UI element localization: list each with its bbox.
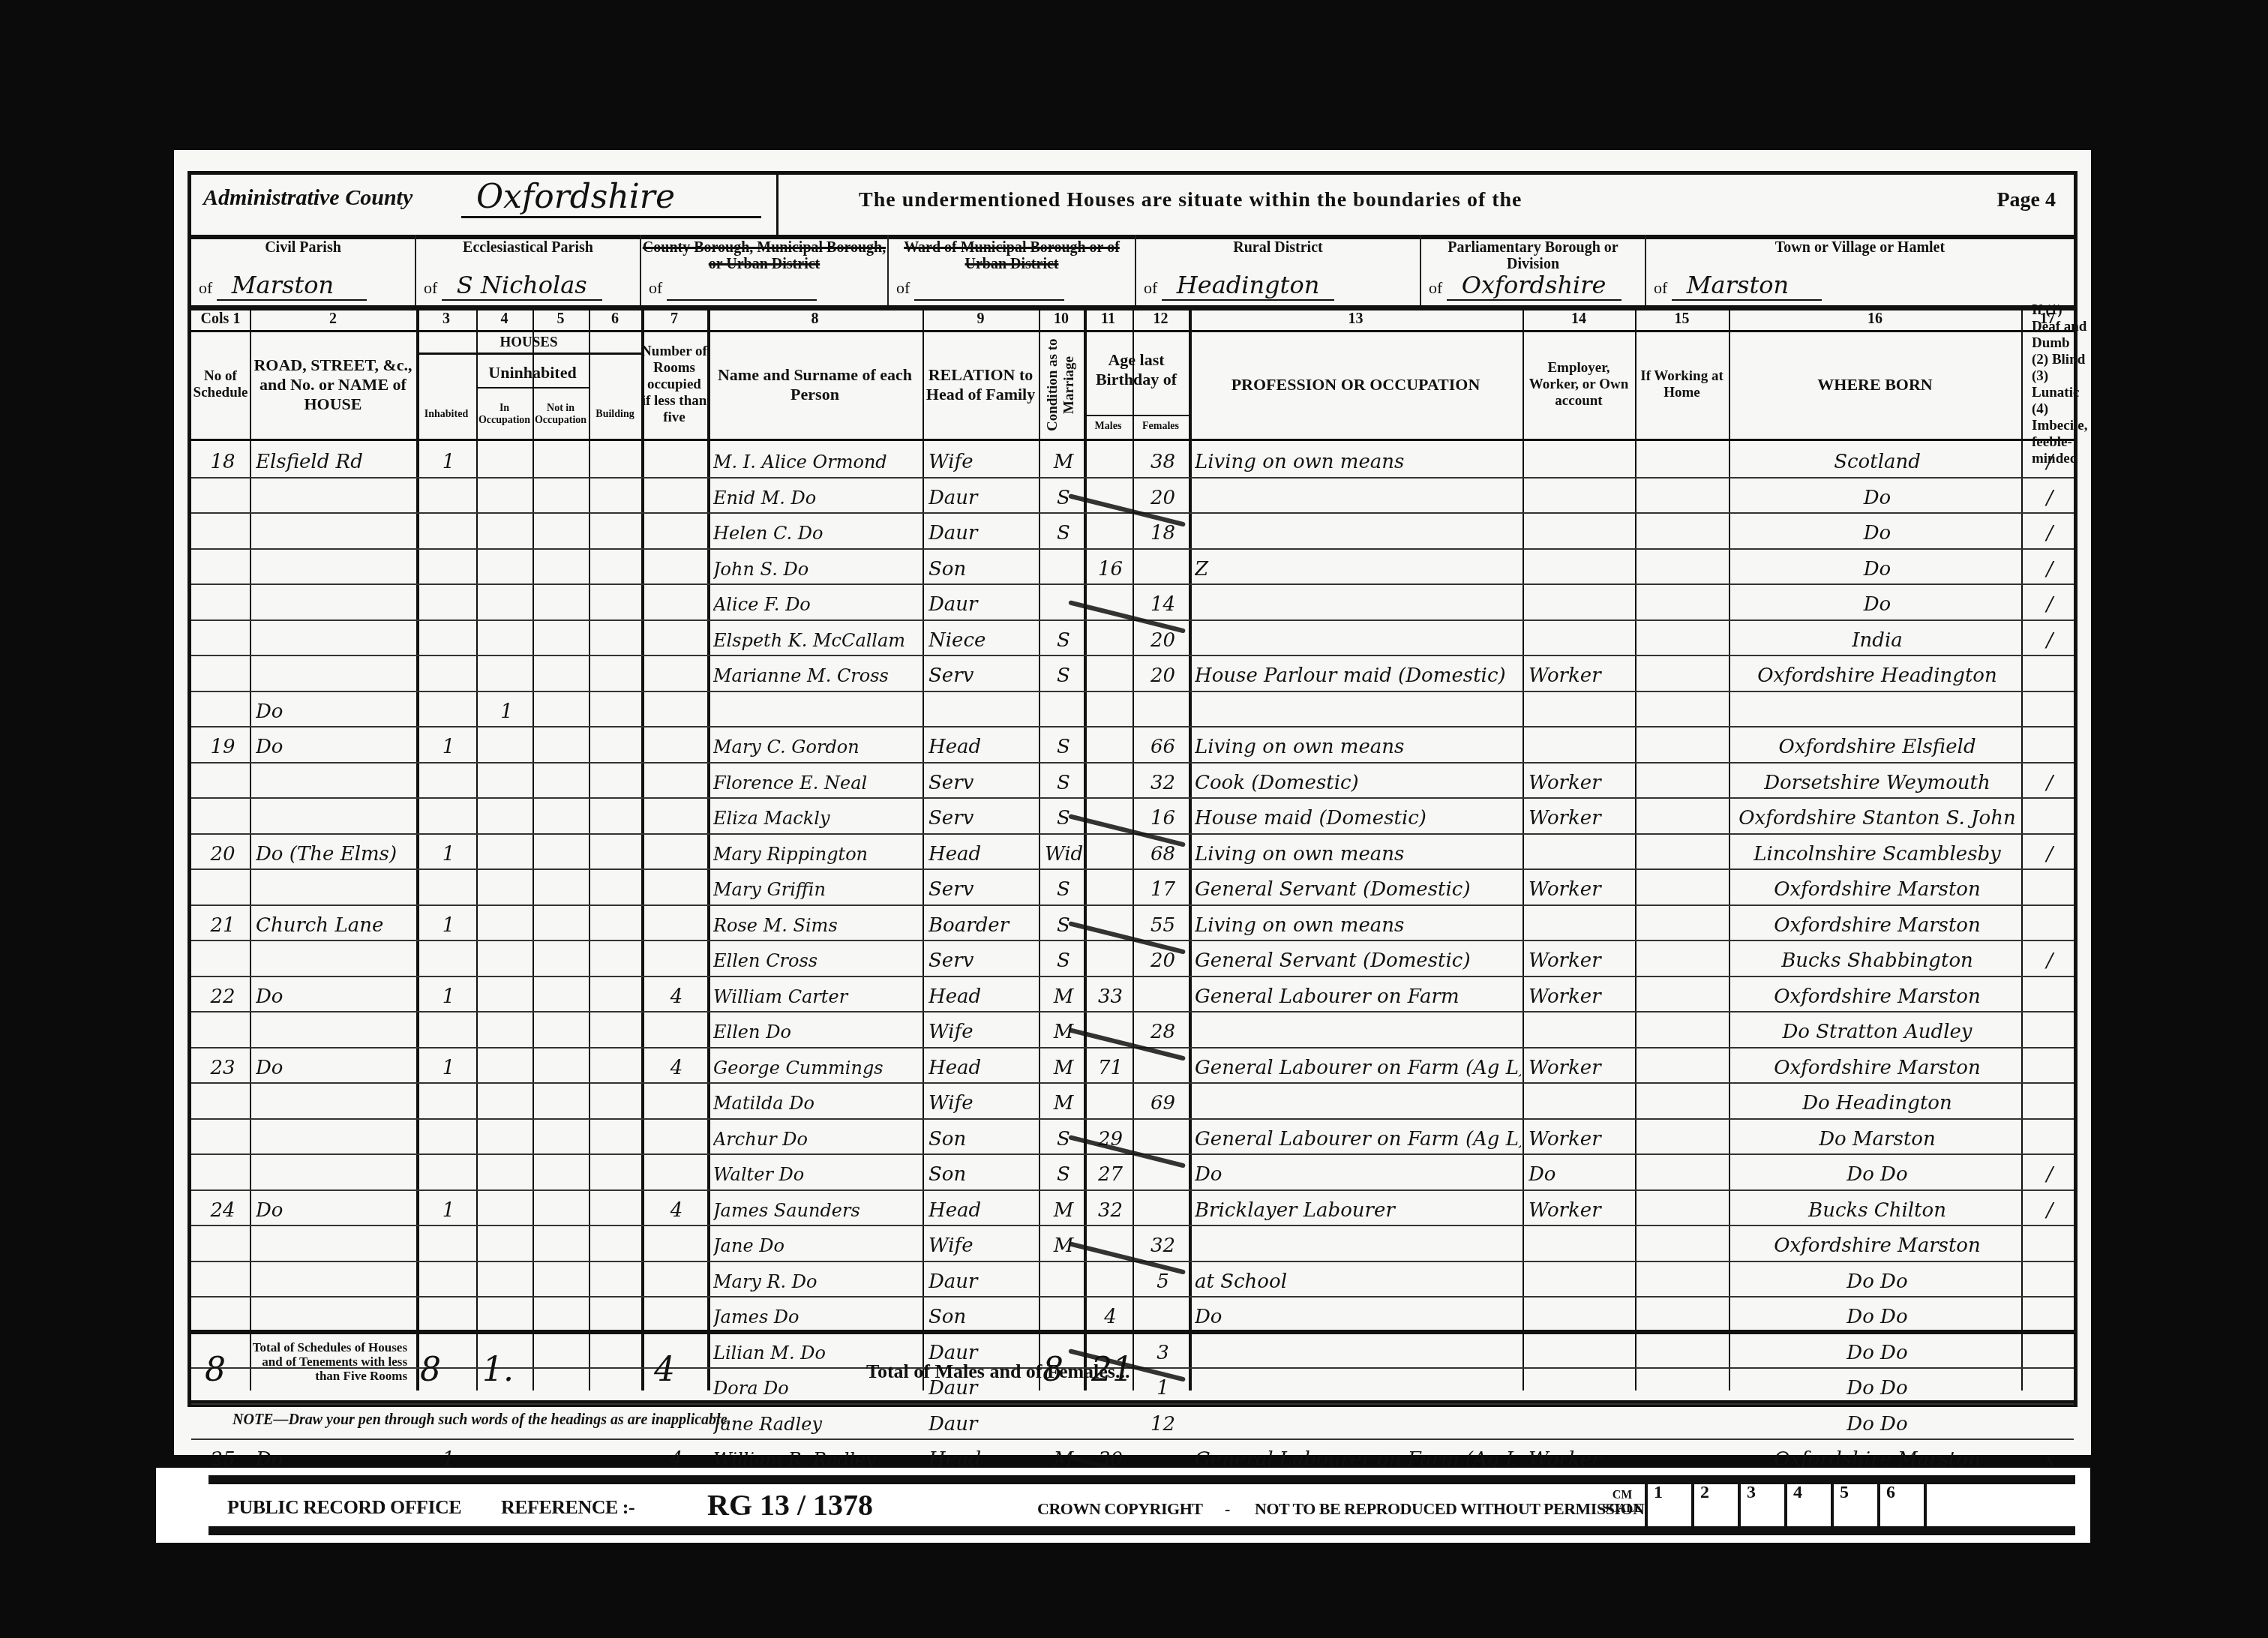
name-cell: Mary R. Do: [713, 1261, 921, 1297]
column-number: 3: [416, 310, 476, 328]
infirmity-cell: /: [2027, 762, 2072, 798]
employer-cell: Worker: [1528, 655, 1633, 691]
schedule-cell: [197, 548, 248, 584]
address-cell: [256, 1296, 415, 1332]
occupation-cell: General Servant (Domestic): [1195, 940, 1521, 976]
schedule-cell: [197, 1153, 248, 1189]
uninhabited-cell: [482, 726, 531, 762]
address-cell: [256, 1153, 415, 1189]
boundaries-statement: The undermentioned Houses are situate wi…: [859, 188, 1522, 212]
rooms-cell: [647, 940, 706, 976]
archive-footer: PUBLIC RECORD OFFICE REFERENCE :- RG 13 …: [156, 1468, 2090, 1543]
total-schedules-label: Total of Schedules of Houses and of Tene…: [250, 1340, 407, 1383]
relation-cell: Serv: [928, 868, 1037, 904]
column-header: ROAD, STREET, &c., and No. or NAME of HO…: [250, 332, 416, 437]
name-cell: Elspeth K. McCallam: [713, 619, 921, 655]
address-cell: Do: [256, 691, 415, 727]
inhabited-cell: [422, 868, 475, 904]
female-age-cell: [1138, 1153, 1187, 1189]
relation-cell: Wife: [928, 1011, 1037, 1047]
column-number: 10: [1039, 310, 1084, 328]
male-age-cell: [1090, 833, 1131, 869]
schedule-cell: 20: [197, 833, 248, 869]
address-cell: [256, 1082, 415, 1118]
where-born-cell: [1735, 691, 2020, 727]
occupation-cell: Living on own means: [1195, 441, 1521, 477]
inhabited-cell: [422, 691, 475, 727]
where-born-cell: Do: [1735, 512, 2020, 548]
schedule-cell: [197, 797, 248, 833]
form-header: Administrative County Oxfordshire The un…: [191, 175, 2074, 239]
inhabited-cell: [422, 583, 475, 619]
employer-cell: [1528, 833, 1633, 869]
schedule-cell: [197, 691, 248, 727]
schedule-cell: 18: [197, 441, 248, 477]
infirmity-cell: [2027, 976, 2072, 1012]
table-row: Elspeth K. McCallamNieceS20India/: [191, 619, 2074, 655]
table-row: James DoSon4DoDo Do: [191, 1296, 2074, 1332]
relation-cell: Head: [928, 726, 1037, 762]
column-number: 16: [1729, 310, 2021, 328]
female-age-cell: 20: [1138, 655, 1187, 691]
archive-office: PUBLIC RECORD OFFICE: [227, 1496, 461, 1519]
uninhabited-cell: [482, 548, 531, 584]
male-age-cell: 4: [1090, 1296, 1131, 1332]
female-age-cell: [1138, 548, 1187, 584]
reference-label: REFERENCE :-: [501, 1496, 634, 1519]
where-born-cell: Do: [1735, 548, 2020, 584]
division-2: Ecclesiastical Parishof S Nicholas: [416, 235, 641, 305]
employer-cell: [1528, 1261, 1633, 1297]
condition-cell: S: [1045, 940, 1082, 976]
name-cell: Jane Do: [713, 1225, 921, 1261]
table-row: Florence E. NealServS32Cook (Domestic)Wo…: [191, 762, 2074, 798]
inhabited-cell: 1: [422, 441, 475, 477]
column-number: 9: [922, 310, 1039, 328]
age-header: Age last Birthday of: [1084, 332, 1189, 407]
column-number: 5: [532, 310, 589, 328]
uninhabited-cell: [482, 868, 531, 904]
condition-cell: [1045, 1296, 1082, 1332]
page-number: Page 4: [1996, 188, 2056, 212]
female-age-cell: 69: [1138, 1082, 1187, 1118]
relation-cell: Serv: [928, 655, 1037, 691]
occupation-cell: Cook (Domestic): [1195, 762, 1521, 798]
division-row: Civil Parishof MarstonEcclesiastical Par…: [191, 235, 2074, 310]
where-born-cell: Oxfordshire Marston: [1735, 868, 2020, 904]
column-header: Condition as to Marriage: [1039, 332, 1084, 437]
division-label: Ecclesiastical Parish: [416, 239, 640, 256]
occupation-cell: House maid (Domestic): [1195, 797, 1521, 833]
copyright-dash: -: [1225, 1499, 1230, 1519]
rooms-cell: [647, 691, 706, 727]
employer-cell: Worker: [1528, 762, 1633, 798]
rooms-cell: [647, 868, 706, 904]
relation-cell: Daur: [928, 477, 1037, 513]
inhabited-cell: [422, 1225, 475, 1261]
rooms-cell: [647, 1296, 706, 1332]
rooms-cell: [647, 548, 706, 584]
name-cell: Marianne M. Cross: [713, 655, 921, 691]
address-cell: Elsfield Rd: [256, 441, 415, 477]
table-row: John S. DoSon16ZDo/: [191, 548, 2074, 584]
column-number: 15: [1635, 310, 1729, 328]
inhabited-cell: [422, 1082, 475, 1118]
uninhabited-cell: [482, 797, 531, 833]
table-row: Mary R. DoDaur5at SchoolDo Do: [191, 1261, 2074, 1297]
schedule-cell: [197, 619, 248, 655]
total-males: 8: [1042, 1351, 1063, 1389]
division-value: of: [896, 271, 1064, 301]
male-age-cell: [1090, 726, 1131, 762]
employer-cell: [1528, 548, 1633, 584]
division-value: of Headington: [1144, 271, 1334, 301]
relation-cell: Serv: [928, 940, 1037, 976]
address-cell: Do: [256, 1047, 415, 1083]
infirmity-cell: [2027, 1082, 2072, 1118]
uninhabited-cell: [482, 441, 531, 477]
male-age-cell: [1090, 940, 1131, 976]
female-age-cell: [1138, 1189, 1187, 1225]
employer-cell: [1528, 726, 1633, 762]
address-cell: [256, 1225, 415, 1261]
schedule-cell: 24: [197, 1189, 248, 1225]
female-age-cell: 14: [1138, 583, 1187, 619]
uninhabited-cell: [482, 619, 531, 655]
address-cell: [256, 1261, 415, 1297]
relation-cell: Head: [928, 976, 1037, 1012]
employer-cell: [1528, 477, 1633, 513]
name-cell: Archur Do: [713, 1118, 921, 1154]
inhabited-cell: [422, 619, 475, 655]
inhabited-cell: 1: [422, 904, 475, 940]
employer-cell: Worker: [1528, 1189, 1633, 1225]
male-age-cell: [1090, 655, 1131, 691]
male-age-cell: [1090, 868, 1131, 904]
condition-cell: S: [1045, 512, 1082, 548]
table-row: Marianne M. CrossServS20House Parlour ma…: [191, 655, 2074, 691]
column-header: No of Schedule: [191, 332, 250, 437]
male-age-cell: [1090, 691, 1131, 727]
rooms-cell: [647, 477, 706, 513]
infirmity-cell: [2027, 1047, 2072, 1083]
column-header: PROFESSION OR OCCUPATION: [1189, 332, 1522, 437]
where-born-cell: Do: [1735, 583, 2020, 619]
relation-cell: Niece: [928, 619, 1037, 655]
where-born-cell: Bucks Chilton: [1735, 1189, 2020, 1225]
where-born-cell: Do: [1735, 477, 2020, 513]
uninhabited-cell: [482, 655, 531, 691]
schedule-cell: 22: [197, 976, 248, 1012]
uninhabited-cell: [482, 762, 531, 798]
where-born-cell: Oxfordshire Marston: [1735, 1225, 2020, 1261]
infirmity-cell: /: [2027, 441, 2072, 477]
division-handwritten-value: [914, 271, 1064, 301]
address-cell: Do: [256, 976, 415, 1012]
inhabited-cell: [422, 1261, 475, 1297]
column-number: 7: [641, 310, 707, 328]
cm-scale-label: CM SCALE: [1600, 1483, 1645, 1529]
column-header: Not in Occupation: [532, 392, 589, 437]
name-cell: Rose M. Sims: [713, 904, 921, 940]
division-value: of Marston: [199, 271, 367, 301]
division-label: Civil Parish: [191, 239, 415, 256]
inhabited-cell: [422, 940, 475, 976]
rooms-cell: [647, 797, 706, 833]
column-number: 12: [1132, 310, 1189, 328]
relation-cell: Serv: [928, 797, 1037, 833]
schedule-cell: [197, 655, 248, 691]
table-row: Ellen DoWifeM28Do Stratton Audley: [191, 1011, 2074, 1047]
name-cell: George Cummings: [713, 1047, 921, 1083]
uninhabited-cell: [482, 477, 531, 513]
division-label: Ward of Municipal Borough or of Urban Di…: [889, 239, 1135, 272]
uninhabited-cell: 1: [482, 691, 531, 727]
occupation-cell: [1195, 583, 1521, 619]
employer-cell: [1528, 1296, 1633, 1332]
condition-cell: M: [1045, 1047, 1082, 1083]
copyright-label: CROWN COPYRIGHT: [1037, 1499, 1202, 1519]
occupation-cell: Living on own means: [1195, 904, 1521, 940]
address-cell: [256, 512, 415, 548]
where-born-cell: Do Do: [1735, 1296, 2020, 1332]
employer-cell: [1528, 904, 1633, 940]
address-cell: [256, 1118, 415, 1154]
name-cell: Eliza Mackly: [713, 797, 921, 833]
schedule-cell: 19: [197, 726, 248, 762]
division-value: of S Nicholas: [424, 271, 602, 301]
infirmity-cell: [2027, 1011, 2072, 1047]
column-number: Cols 1: [191, 310, 250, 328]
relation-cell: Son: [928, 548, 1037, 584]
relation-cell: Wife: [928, 1225, 1037, 1261]
table-row: Ellen CrossServS20General Servant (Domes…: [191, 940, 2074, 976]
cm-scale-cell: 2: [1691, 1483, 1738, 1529]
occupation-cell: General Labourer on Farm (Ag L): [1195, 1118, 1521, 1154]
table-row: Do1: [191, 691, 2074, 727]
rooms-cell: [647, 1225, 706, 1261]
table-row: Eliza MacklyServS16House maid (Domestic)…: [191, 797, 2074, 833]
inhabited-cell: 1: [422, 1189, 475, 1225]
male-age-cell: 33: [1090, 976, 1131, 1012]
uninhabited-cell: [482, 1082, 531, 1118]
condition-cell: S: [1045, 619, 1082, 655]
condition-cell: M: [1045, 441, 1082, 477]
condition-cell: M: [1045, 976, 1082, 1012]
condition-cell: [1045, 548, 1082, 584]
condition-cell: S: [1045, 868, 1082, 904]
infirmity-cell: [2027, 797, 2072, 833]
houses-header: HOUSES: [416, 332, 641, 355]
division-label: Rural District: [1136, 239, 1420, 256]
where-born-cell: Do Marston: [1735, 1118, 2020, 1154]
female-age-cell: 38: [1138, 441, 1187, 477]
uninhabited-cell: [482, 1261, 531, 1297]
table-row: 22Do14William CarterHeadM33General Labou…: [191, 976, 2074, 1012]
infirmity-cell: [2027, 655, 2072, 691]
occupation-cell: House Parlour maid (Domestic): [1195, 655, 1521, 691]
total-inhabited: 8: [420, 1351, 441, 1389]
employer-cell: [1528, 1225, 1633, 1261]
rooms-cell: [647, 619, 706, 655]
table-row: Jane DoWifeM32Oxfordshire Marston: [191, 1225, 2074, 1261]
condition-cell: S: [1045, 655, 1082, 691]
schedule-cell: [197, 940, 248, 976]
column-header: Employer, Worker, or Own account: [1522, 332, 1635, 437]
schedule-cell: 23: [197, 1047, 248, 1083]
female-age-cell: [1138, 1296, 1187, 1332]
inhabited-cell: 1: [422, 1047, 475, 1083]
where-born-cell: India: [1735, 619, 2020, 655]
address-cell: [256, 583, 415, 619]
condition-cell: S: [1045, 1118, 1082, 1154]
where-born-cell: Oxfordshire Marston: [1735, 976, 2020, 1012]
division-handwritten-value: S Nicholas: [442, 271, 602, 301]
division-4: Ward of Municipal Borough or of Urban Di…: [889, 235, 1136, 305]
address-cell: Do: [256, 726, 415, 762]
male-age-cell: [1090, 762, 1131, 798]
uninhabited-cell: [482, 512, 531, 548]
female-age-cell: 55: [1138, 904, 1187, 940]
occupation-cell: Do: [1195, 1153, 1521, 1189]
total-schedules: 8: [205, 1351, 226, 1389]
table-row: Walter DoSonS27DoDoDo Do/: [191, 1153, 2074, 1189]
infirmity-cell: [2027, 1225, 2072, 1261]
infirmity-cell: /: [2027, 477, 2072, 513]
name-cell: James Saunders: [713, 1189, 921, 1225]
column-number: 14: [1522, 310, 1635, 328]
name-cell: Walter Do: [713, 1153, 921, 1189]
inhabited-cell: [422, 477, 475, 513]
male-age-cell: [1090, 512, 1131, 548]
uninhabited-cell: [482, 833, 531, 869]
division-1: Civil Parishof Marston: [191, 235, 416, 305]
infirmity-cell: /: [2027, 548, 2072, 584]
name-cell: Ellen Do: [713, 1011, 921, 1047]
address-cell: [256, 655, 415, 691]
female-age-cell: 32: [1138, 762, 1187, 798]
table-row: Alice F. DoDaur14Do/: [191, 583, 2074, 619]
table-row: 20Do (The Elms)1Mary RippingtonHeadWid68…: [191, 833, 2074, 869]
address-cell: [256, 762, 415, 798]
infirmity-cell: [2027, 1296, 2072, 1332]
occupation-cell: [1195, 512, 1521, 548]
relation-cell: Son: [928, 1153, 1037, 1189]
uninhabited-cell: [482, 1011, 531, 1047]
male-age-cell: 32: [1090, 1189, 1131, 1225]
rooms-cell: [647, 1118, 706, 1154]
uninhabited-cell: [482, 1189, 531, 1225]
cm-scale-cell: 1: [1645, 1483, 1691, 1529]
female-age-cell: 20: [1138, 940, 1187, 976]
inhabited-cell: [422, 1118, 475, 1154]
relation-cell: Son: [928, 1296, 1037, 1332]
where-born-cell: Do Headington: [1735, 1082, 2020, 1118]
relation-cell: Serv: [928, 762, 1037, 798]
employer-cell: [1528, 1011, 1633, 1047]
table-row: 21Church Lane1Rose M. SimsBoarderS55Livi…: [191, 904, 2074, 940]
condition-cell: S: [1045, 1153, 1082, 1189]
inhabited-cell: [422, 762, 475, 798]
table-row: Helen C. DoDaurS18Do/: [191, 512, 2074, 548]
name-cell: M. I. Alice Ormond: [713, 441, 921, 477]
infirmity-cell: [2027, 1118, 2072, 1154]
female-age-cell: 32: [1138, 1225, 1187, 1261]
column-number: 11: [1084, 310, 1132, 328]
female-age-cell: 5: [1138, 1261, 1187, 1297]
where-born-cell: Oxfordshire Marston: [1735, 904, 2020, 940]
inhabited-cell: [422, 1153, 475, 1189]
address-cell: [256, 940, 415, 976]
relation-cell: Head: [928, 833, 1037, 869]
where-born-cell: Do Do: [1735, 1261, 2020, 1297]
name-cell: Enid M. Do: [713, 477, 921, 513]
male-age-cell: [1090, 441, 1131, 477]
rooms-cell: [647, 1153, 706, 1189]
occupation-cell: General Labourer on Farm: [1195, 976, 1521, 1012]
occupation-cell: Living on own means: [1195, 726, 1521, 762]
column-header: WHERE BORN: [1729, 332, 2021, 437]
uninhabited-cell: [482, 583, 531, 619]
inhabited-cell: [422, 1011, 475, 1047]
table-row: Enid M. DoDaurS20Do/: [191, 477, 2074, 513]
column-header: Name and Surname of each Person: [707, 332, 922, 437]
occupation-cell: Living on own means: [1195, 833, 1521, 869]
rooms-cell: [647, 726, 706, 762]
occupation-cell: [1195, 619, 1521, 655]
occupation-cell: Z: [1195, 548, 1521, 584]
occupation-cell: General Labourer on Farm (Ag L): [1195, 1047, 1521, 1083]
where-born-cell: Oxfordshire Stanton S. John: [1735, 797, 2020, 833]
relation-cell: Wife: [928, 441, 1037, 477]
rooms-cell: 4: [647, 1189, 706, 1225]
condition-cell: S: [1045, 904, 1082, 940]
female-age-cell: 66: [1138, 726, 1187, 762]
female-age-cell: [1138, 1047, 1187, 1083]
totals-row: 8 Total of Schedules of Houses and of Te…: [191, 1330, 2074, 1409]
address-cell: Church Lane: [256, 904, 415, 940]
name-cell: Mary C. Gordon: [713, 726, 921, 762]
employer-cell: Worker: [1528, 868, 1633, 904]
inhabited-cell: [422, 548, 475, 584]
column-header: If (1) Deaf and Dumb (2) Blind (3) Lunat…: [2021, 332, 2074, 437]
address-cell: [256, 868, 415, 904]
female-age-cell: 28: [1138, 1011, 1187, 1047]
relation-cell: Head: [928, 1189, 1037, 1225]
male-age-cell: [1090, 619, 1131, 655]
infirmity-cell: [2027, 1261, 2072, 1297]
where-born-cell: Dorsetshire Weymouth: [1735, 762, 2020, 798]
inhabited-cell: 1: [422, 976, 475, 1012]
name-cell: Alice F. Do: [713, 583, 921, 619]
employer-cell: [1528, 512, 1633, 548]
table-row: 23Do14George CummingsHeadM71General Labo…: [191, 1047, 2074, 1083]
condition-cell: [1045, 1261, 1082, 1297]
male-age-cell: 16: [1090, 548, 1131, 584]
condition-cell: S: [1045, 762, 1082, 798]
rooms-cell: [647, 1082, 706, 1118]
female-age-cell: 68: [1138, 833, 1187, 869]
female-age-cell: 17: [1138, 868, 1187, 904]
employer-cell: [1528, 441, 1633, 477]
rooms-cell: [647, 1011, 706, 1047]
inhabited-cell: 1: [422, 726, 475, 762]
where-born-cell: Do Stratton Audley: [1735, 1011, 2020, 1047]
name-cell: Mary Griffin: [713, 868, 921, 904]
infirmity-cell: /: [2027, 619, 2072, 655]
census-page: Administrative County Oxfordshire The un…: [174, 150, 2091, 1455]
address-cell: [256, 548, 415, 584]
